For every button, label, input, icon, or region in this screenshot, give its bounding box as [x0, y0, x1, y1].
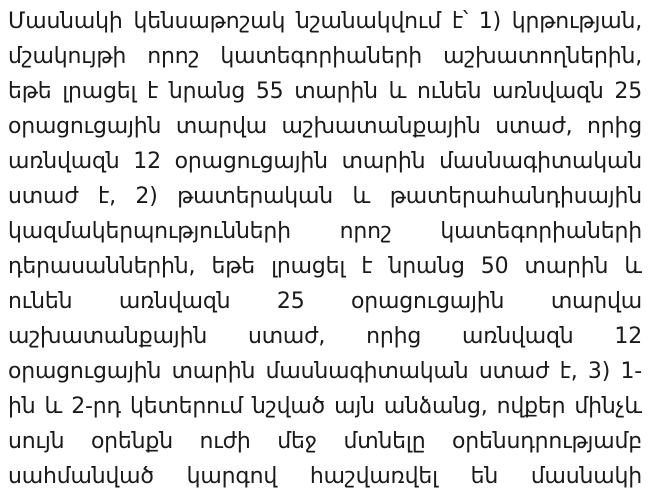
text-line: ունեն առնվազն 25 օրացուցային տարվա [8, 284, 642, 319]
text-line: եթե լրացել է նրանց 55 տարին և ունեն առնվ… [8, 74, 642, 109]
text-line: օրացուցային տարին մասնագիտական ստաժ է, 3… [8, 354, 642, 389]
document-page: Մասնակի կենսաթոշակ նշանակվում է՝ 1) կրթո… [0, 0, 650, 500]
text-line: օրացուցային տարվա աշխատանքային ստաժ, որի… [8, 109, 642, 144]
text-line: դերասաններին, եթե լրացել է նրանց 50 տարի… [8, 249, 642, 284]
text-line: առնվազն 12 օրացուցային տարին մասնագիտակա… [8, 144, 642, 179]
text-line: Մասնակի կենսաթոշակ նշանակվում է՝ 1) կրթո… [8, 4, 642, 39]
text-line: մշակույթի որոշ կատեգորիաների աշխատողների… [8, 39, 642, 74]
text-line: սույն օրենքն ուժի մեջ մտնելը օրենսդրությ… [8, 424, 642, 459]
text-line: կազմակերպությունների որոշ կատեգորիաների [8, 214, 642, 249]
text-line: ին և 2-րդ կետերում նշված այն անձանց, ովք… [8, 389, 642, 424]
text-line: սահմանված կարգով հաշվառվել են մասնակի [8, 459, 642, 494]
text-line: աշխատանքային ստաժ, որից առնվազն 12 [8, 319, 642, 354]
text-line: ստաժ է, 2) թատերական և թատերահանդիսային [8, 179, 642, 214]
